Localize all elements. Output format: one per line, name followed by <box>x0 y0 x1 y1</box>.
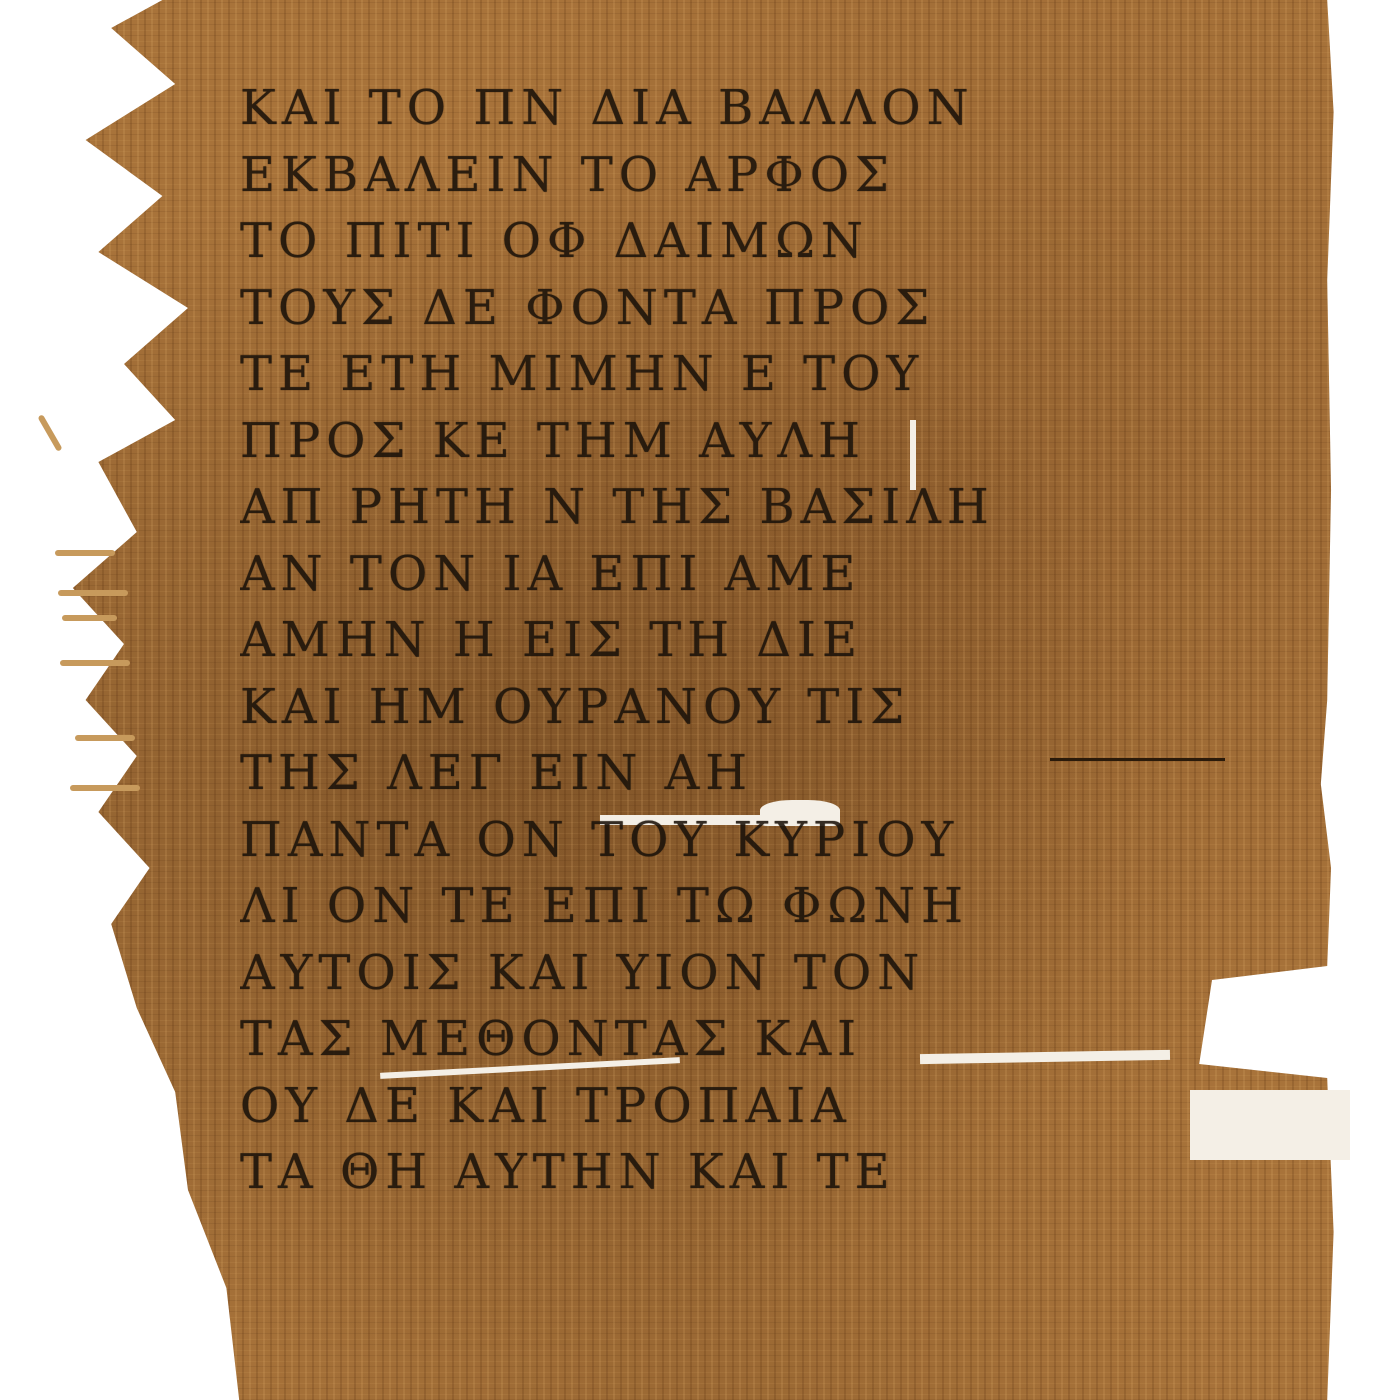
text-line: ΕΚΒΑΛΕΙΝ ΤΟ ΑΡΦΟΣ <box>240 142 1090 209</box>
text-line: ΤΕ ΕΤΗ ΜΙΜΗΝ Ε ΤΟΥ <box>240 341 1090 408</box>
text-line: ΟΥ ΔΕ ΚΑΙ ΤΡΟΠΑΙΑ <box>240 1073 1090 1140</box>
text-line: ΠΑΝΤΑ ΟΝ ΤΟΥ ΚΥΡΙΟΥ <box>240 807 1090 874</box>
text-line: ΤΑΣ ΜΕΘΟΝΤΑΣ ΚΑΙ <box>240 1006 1090 1073</box>
text-line: ΑΝ ΤΟΝ ΙΑ ΕΠΙ ΑΜΕ <box>240 541 1090 608</box>
text-line: ΤΗΣ ΛΕΓ ΕΙΝ ΑΗ <box>240 740 1090 807</box>
papyrus-fiber <box>75 735 135 741</box>
text-line: ΤΟΥΣ ΔΕ ΦΟΝΤΑ ΠΡΟΣ <box>240 275 1090 342</box>
papyrus-text-column: ΚΑΙ ΤΟ ΠΝ ΔΙΑ ΒΑΛΛΟΝ ΕΚΒΑΛΕΙΝ ΤΟ ΑΡΦΟΣ Τ… <box>240 75 1090 1206</box>
text-line: ΚΑΙ ΤΟ ΠΝ ΔΙΑ ΒΑΛΛΟΝ <box>240 75 1090 142</box>
papyrus-damage <box>1190 1090 1350 1160</box>
papyrus-fiber <box>37 414 62 452</box>
text-line: ΑΜΗΝ Η ΕΙΣ ΤΗ ΔΙΕ <box>240 607 1090 674</box>
papyrus-fiber <box>62 615 117 621</box>
text-line: ΤΑ ΘΗ ΑΥΤΗΝ ΚΑΙ ΤΕ <box>240 1139 1090 1206</box>
text-line: ΛΙ ΟΝ ΤΕ ΕΠΙ ΤΩ ΦΩΝΗ <box>240 873 1090 940</box>
text-line: ΑΥΤΟΙΣ ΚΑΙ ΥΙΟΝ ΤΟΝ <box>240 940 1090 1007</box>
text-line: ΚΑΙ ΗΜ ΟΥΡΑΝΟΥ ΤΙΣ <box>240 674 1090 741</box>
text-line: ΤΟ ΠΙΤΙ ΟΦ ΔΑΙΜΩΝ <box>240 208 1090 275</box>
text-line: ΑΠ ΡΗΤΗ Ν ΤΗΣ ΒΑΣΙΛΗ <box>240 474 1090 541</box>
papyrus-fiber <box>55 550 115 556</box>
papyrus-fiber <box>60 660 130 666</box>
text-line: ΠΡΟΣ ΚΕ ΤΗΜ ΑΥΛΗ <box>240 408 1090 475</box>
papyrus-fiber <box>58 590 128 596</box>
papyrus-fiber <box>70 785 140 791</box>
